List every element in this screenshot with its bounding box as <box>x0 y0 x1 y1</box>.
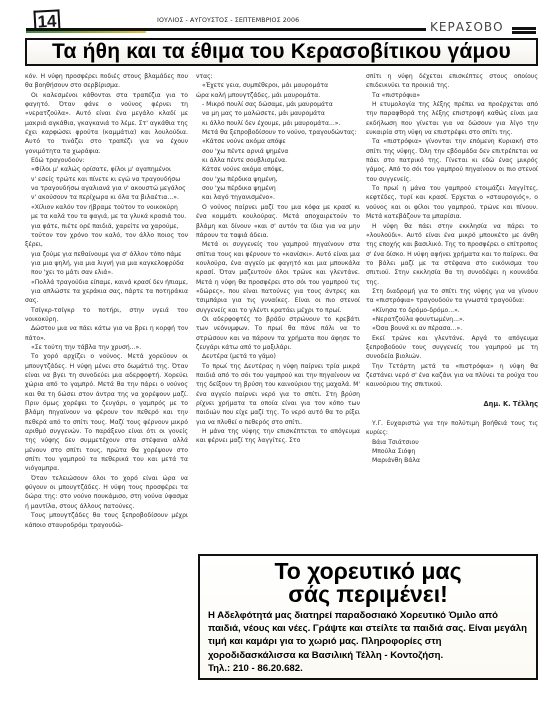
helper-name: Μαριάνθη Βάλα <box>366 456 538 465</box>
verse-line: ώρα καλή μπουγτζάδες, μάι μαυρομάτα. <box>196 91 360 100</box>
paragraph: Εδώ τραγουδούν: <box>25 156 188 165</box>
verse-line: για ζούμε για πεθαίνουμε για σ' άλλον τό… <box>25 250 188 259</box>
verse-line: «Σε τούτη την τάβλα την χρυσή...». <box>25 343 188 352</box>
page-header: 14 ΙΟΥΛΙΟΣ - ΑΥΓΟΥΣΤΟΣ - ΣΕΠΤΕΜΒΡΙΟΣ 200… <box>22 6 538 32</box>
verse-line: να τραγουδήσω αγαλιανά για ν' ακουστώ με… <box>25 184 188 193</box>
verse-line: «Νερατζούλα φουντωμένη...». <box>366 315 538 324</box>
article-title: Τα ήθη και τα έθιμα του Κερασοβίτικου γά… <box>52 40 511 64</box>
ad-headline-line-1: Το χορευτικό μας <box>208 560 528 583</box>
paragraph: Την Τετάρτη μετά τα «πιστρόφια» η νύφη θ… <box>366 362 538 390</box>
paragraph: Το πρωί η μάνα του γαμπρού ετοιμάζει λαγ… <box>366 184 538 221</box>
verse-line: για απλώστε τα χεράκια σας, πάρτε τα ποτ… <box>25 287 188 306</box>
verse-line: - Μικρό πουλί σας δώσαμε, μάι μαυρομάτα <box>196 100 360 109</box>
paragraph: Στη διαδρομή για το σπίτι της νύφης για … <box>366 287 538 306</box>
verse-line: με τα καλά του τα φαγιά, με τα γλυκά κρα… <box>25 212 188 221</box>
paragraph: σπίτι η νύφη δέχεται επισκέπτες στους οπ… <box>366 72 538 91</box>
verse-line: κι άλλα πέντε σουβλισμένα. <box>196 156 360 165</box>
verse-line: «Χίλιον καλόν τον ήβραμε τούτον το νοικο… <box>25 203 188 212</box>
paragraph: Το πρωί της Δευτέρας η νύφη παίρνει τρία… <box>196 362 360 427</box>
verse-line: «Φίλοι μ' καλώς ορίσατε, φίλοι μ' αγαπημ… <box>25 165 188 174</box>
verse-line: να μη μας το μαλώσετε, μάι μαυρομάτα <box>196 109 360 118</box>
acknowledgement: Υ.Γ. Ευχαριστώ για την πολύτιμη βοήθειά … <box>366 419 538 438</box>
paragraph: Όταν τελειώσουν όλοι το χορό είναι ώρα ν… <box>25 474 188 511</box>
verse-line: που 'χει το μάτι σαν ελιά». <box>25 268 188 277</box>
verse-line: ν' ακούσουν τα περίχωρα κι όλα τα βιλαέτ… <box>25 193 188 202</box>
paragraph: Εκεί τρώνε και γλεντάνε. Αργά το απόγευμ… <box>366 334 538 362</box>
paragraph: Οι καλεσμένοι κάθονται στα τραπέζια για … <box>25 91 188 156</box>
ad-body-text: Η Αδελφότητά μας διατηρεί παραδοσιακό Χο… <box>208 610 527 661</box>
article-column-2: ντας: «Έχετε γεια, συμπέθεροι, μάι μαυρο… <box>196 72 360 537</box>
verse-line: Τσίγκρ-τσίγκρ το ποτήρι, στην υγειά του … <box>25 306 188 325</box>
paragraph: ντας: <box>196 72 360 81</box>
verse-line: ν' εσείς τρώτε και πίνετε κι εγώ να τραγ… <box>25 175 188 184</box>
article-title-box: Τα ήθη και τα έθιμα του Κερασοβίτικου γά… <box>25 38 538 66</box>
verse-line: για φάτε, πιέτε ορέ παιδιά, χαρείτε να χ… <box>25 222 188 231</box>
author-signature: Δημ. Κ. Τέλλης <box>366 400 538 409</box>
verse-line: «Πολλά τραγούδια είπαμε, καινά κρασί δεν… <box>25 278 188 287</box>
masthead-rule <box>512 27 536 30</box>
paragraph: Τα «πιστρόφια» γίνονται την επόμενη Κυρι… <box>366 137 538 184</box>
verse-line: και λαγό τηγανισμένο». <box>196 193 360 202</box>
paragraph: Το χορό αρχίζει ο νούνος. Μετά χορεύουν … <box>25 352 188 473</box>
paragraph: Μετά οι συγγενείς του γαμπρού πηγαίνουν … <box>196 240 360 315</box>
verse-line: σου 'χω πέντε αρνιά ψημένα <box>196 147 360 156</box>
verse-line: «Κάτσε νούνε ακόμα απόψε <box>196 137 360 146</box>
verse-line: σου 'χω πέρδικα ψημένη <box>196 184 360 193</box>
paragraph: Μετά θα ξεπροβοδίσουν το νούνο, τραγουδώ… <box>196 128 360 137</box>
verse-line: κι άλλο πουλί δεν έχουμε, μάι μαυρομάτα.… <box>196 119 360 128</box>
masthead: ΚΕΡΑΣΟΒΟ <box>430 20 504 34</box>
header-color-rule <box>26 31 146 33</box>
verse-line: «Όσα βουνά κι αν πέρασα...». <box>366 324 538 333</box>
verse-line: σου 'χω πέρδικα ψημένη, <box>196 175 360 184</box>
article-column-1: κόν. Η νύφη προσφέρει ποδιές στους βλαμά… <box>25 72 188 712</box>
verse-line: τούτον τον χρόνο τον καλό, τον άλλο ποιο… <box>25 231 188 250</box>
paragraph: Η μάνα της νύφης την επισκέπτεται το από… <box>196 427 360 446</box>
paragraph: Η νύφη θα πάει στην εκκλησία να πάρει το… <box>366 222 538 287</box>
dance-group-ad: Το χορευτικό μας σάς περιμένει! Η Αδελφό… <box>198 554 538 680</box>
helper-name: Βάια Τσιάτσιου <box>366 438 538 447</box>
issue-date: ΙΟΥΛΙΟΣ - ΑΥΓΟΥΣΤΟΣ - ΣΕΠΤΕΜΒΡΙΟΣ 2006 <box>157 17 299 24</box>
paragraph: Η ετυμολογία της λέξης πρέπει να προέρχε… <box>366 100 538 137</box>
verse-line: «Κίνησα το δρόμο-δρόμο...». <box>366 306 538 315</box>
paragraph: Οι αδερφοφτές το βράδυ στρώνουν το κρεβά… <box>196 315 360 352</box>
paragraph: κόν. Η νύφη προσφέρει ποδιές στους βλαμά… <box>25 72 188 91</box>
ad-phone: Τηλ.: 210 - 86.20.682. <box>208 662 528 675</box>
verse-line: «Έχετε γεια, συμπέθεροι, μάι μαυρομάτα <box>196 81 360 90</box>
verse-line: Δώστου μια να πάει κάτω για να βρει η κο… <box>25 324 188 343</box>
subheading: Τα «πιστρόφια» <box>366 91 538 100</box>
verse-line: Κάτσε νούνε ακόμα απόψε, <box>196 165 360 174</box>
paragraph: Τους μπουγτζάδες θα τους ξεπροβοδίσουν μ… <box>25 511 188 530</box>
helper-name: Μπούλα Σιόφη <box>366 447 538 456</box>
ad-headline-line-2: σάς περιμένει! <box>208 583 528 606</box>
subheading: Δευτέρα (μετά το γάμο) <box>196 352 360 361</box>
paragraph: Ο νούνος παίρνει μαζί του μια κόφα με κρ… <box>196 203 360 240</box>
article-column-3: σπίτι η νύφη δέχεται επισκέπτες στους οπ… <box>366 72 538 532</box>
verse-line: για μια ψηλή, για μια λιγνή για μια καγκ… <box>25 259 188 268</box>
